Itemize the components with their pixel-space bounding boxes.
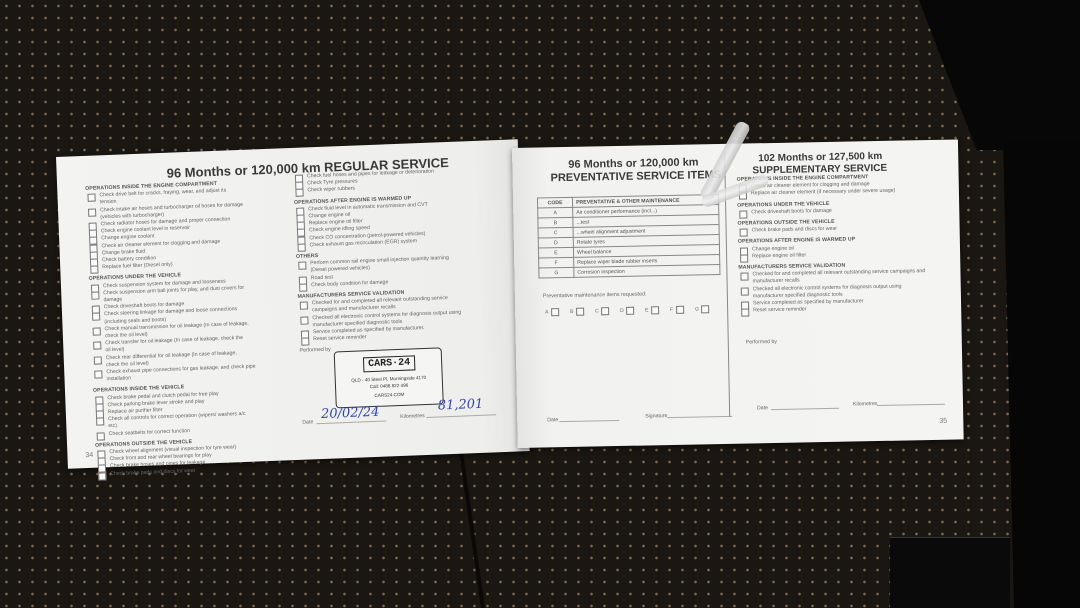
code-cell: B	[538, 217, 573, 228]
checkbox[interactable]	[741, 309, 749, 317]
item-label: Checked all electronic control systems f…	[753, 283, 902, 292]
item-label: oil level)	[105, 347, 124, 354]
checkbox[interactable]	[298, 243, 306, 251]
supp-date-line	[771, 408, 839, 410]
supp-kilometres-label: Kilometres	[853, 401, 878, 407]
item-label: Reset service reminder	[313, 334, 367, 342]
checkbox[interactable]	[298, 262, 306, 270]
checkbox[interactable]	[299, 283, 307, 291]
checkbox[interactable]	[88, 208, 96, 216]
checkbox[interactable]	[97, 432, 105, 440]
checkbox[interactable]	[92, 313, 100, 321]
item-label: Check brake pads and discs for wear	[752, 226, 837, 234]
item-label: Check wiper rubbers	[307, 186, 355, 194]
item-label: Check seatbelts for correct function	[109, 428, 190, 437]
item-label: Replace air cleaner element (if necessar…	[751, 188, 896, 197]
item-label: (Diesel powered vehicles)	[310, 265, 370, 273]
code-cell: C	[538, 227, 573, 238]
signature-line	[667, 416, 732, 418]
requested-code-d[interactable]: D	[620, 308, 624, 314]
code-cell: E	[538, 247, 573, 258]
requested-code-b[interactable]: B	[570, 309, 573, 315]
item-label: Replace engine oil filter	[752, 252, 806, 259]
supp-kilometres-line	[877, 404, 945, 406]
checkbox[interactable]	[701, 305, 709, 313]
item-label: installation	[106, 375, 131, 382]
dealer-stamp: CARS·24 QLD - 40 Steel Pl, Morningside 4…	[334, 347, 444, 408]
checkbox[interactable]	[740, 254, 748, 262]
code-cell: D	[538, 237, 573, 248]
kilometres-label: Kilometres	[400, 413, 425, 420]
stamp-website: CARS24.COM	[336, 390, 442, 399]
item-label: Check body condition for damage	[311, 279, 388, 288]
checkbox[interactable]	[96, 418, 104, 426]
item-label: manufacturer recalls	[753, 278, 800, 285]
page-number: 34	[85, 452, 93, 459]
item-label: Reset service reminder	[753, 307, 806, 314]
kilometres-value[interactable]: 81,201	[438, 397, 484, 414]
checkbox[interactable]	[87, 194, 95, 202]
item-label: Check driveshaft boots for damage	[751, 208, 832, 216]
preventative-table: CODE PREVENTATIVE & OTHER MAINTENANCE AA…	[537, 194, 721, 278]
table-row: GCorrosion inspection	[539, 265, 720, 278]
checkbox[interactable]	[739, 210, 747, 218]
checkbox[interactable]	[91, 291, 99, 299]
checkbox[interactable]	[301, 338, 309, 346]
checkbox[interactable]	[93, 327, 101, 335]
item-label: Replace fuel filter (Diesel only)	[102, 262, 173, 271]
item-label: etc)	[108, 423, 117, 429]
checkbox[interactable]	[94, 356, 102, 364]
checkbox[interactable]	[651, 306, 659, 314]
checkbox[interactable]	[741, 287, 749, 295]
date-value[interactable]: 20/02/24	[321, 405, 380, 422]
signature-label: Signature	[645, 413, 667, 419]
checkbox[interactable]	[626, 307, 634, 315]
item-label: Change engine oil	[752, 245, 794, 252]
checkbox[interactable]	[94, 370, 102, 378]
requested-code-g[interactable]: G	[695, 306, 699, 312]
stamp-logo: CARS·24	[363, 355, 416, 372]
item-label: Service completed as specified by manufa…	[753, 298, 864, 306]
preventative-title-line2: PREVENTATIVE SERVICE ITEMS	[550, 169, 721, 184]
item-label: Check intake air hoses and turbocharger …	[100, 201, 243, 212]
maintenance-cell: Corrosion inspection	[574, 265, 720, 278]
seat-pocket	[890, 537, 1010, 608]
requested-code-f[interactable]: F	[670, 307, 673, 313]
checkbox[interactable]	[551, 308, 559, 316]
checkbox[interactable]	[300, 302, 308, 310]
checkbox[interactable]	[601, 307, 609, 315]
service-book-page-34: 96 Months or 120,000 km REGULAR SERVICE …	[56, 139, 530, 469]
checkbox[interactable]	[93, 342, 101, 350]
item-label: damage	[103, 297, 122, 304]
checkbox[interactable]	[98, 472, 106, 480]
supp-performed-by-label: Performed by	[746, 339, 777, 346]
section-heading: OPERATIONS AFTER ENGINE IS WARMED UP	[738, 237, 856, 245]
item-label: Perform common rail engine small injecti…	[310, 255, 449, 266]
kilometres-line	[426, 414, 496, 418]
preventative-title-line1: 96 Months or 120,000 km	[568, 156, 698, 170]
requested-label: Preventative maintenance items requested…	[543, 291, 647, 299]
item-label: tension	[100, 199, 117, 206]
checkbox[interactable]	[90, 266, 98, 274]
code-cell: G	[539, 267, 574, 278]
prev-date-line	[559, 420, 619, 422]
item-label: Road test	[311, 274, 333, 281]
requested-code-e[interactable]: E	[645, 307, 648, 313]
item-label: Check rear differential for oil leakage …	[106, 350, 237, 361]
section-heading: OTHERS	[296, 253, 318, 260]
requested-code-a[interactable]: A	[545, 309, 548, 315]
requested-code-c[interactable]: C	[595, 308, 599, 314]
checkbox[interactable]	[676, 306, 684, 314]
date-label: Date	[302, 419, 313, 425]
checkbox[interactable]	[740, 229, 748, 237]
supp-date-label: Date	[757, 405, 768, 411]
page-number: 35	[939, 418, 947, 425]
column-header-code: CODE	[537, 197, 572, 208]
checkbox[interactable]	[740, 273, 748, 281]
checkbox[interactable]	[300, 316, 308, 324]
code-cell: F	[539, 257, 574, 268]
checkbox[interactable]	[576, 308, 584, 316]
code-cell: A	[538, 207, 573, 218]
checkbox[interactable]	[295, 189, 303, 197]
performed-by-label: Performed by	[300, 347, 331, 354]
prev-date-label: Date	[547, 417, 558, 423]
